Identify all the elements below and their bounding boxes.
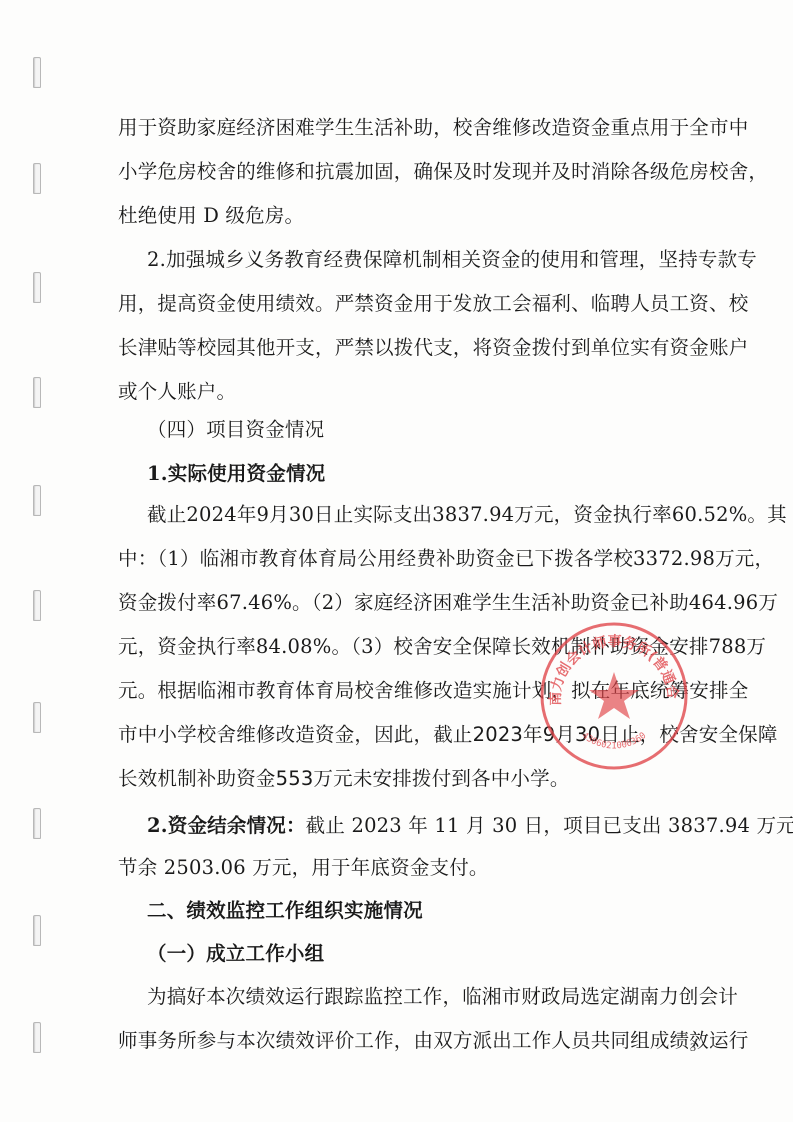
- section-heading: （四）项目资金情况: [147, 418, 324, 442]
- paragraph-line: 元。根据临湘市教育体育局校舍维修改造实施计划，拟在年底统筹安排全: [118, 679, 748, 703]
- paragraph-line: 截止2024年9月30日止实际支出3837.94万元，资金执行率60.52%。其: [147, 503, 787, 527]
- binding-hole: [33, 163, 41, 194]
- binding-hole: [33, 485, 41, 516]
- paragraph-line: 杜绝使用 D 级危房。: [118, 204, 304, 228]
- paragraph-line: 资金拨付率67.46%。（2）家庭经济困难学生生活补助资金已补助464.96万: [118, 591, 778, 615]
- balance-heading: 2.资金结余情况：: [147, 814, 306, 837]
- paragraph-line: 中：（1）临湘市教育体育局公用经费补助资金已下拨各学校3372.98万元，: [118, 547, 774, 571]
- paragraph-line: 师事务所参与本次绩效评价工作，由双方派出工作人员共同组成绩效运行: [118, 1029, 748, 1053]
- balance-text: 截止 2023 年 11 月 30 日，项目已支出 3837.94 万元，: [306, 814, 793, 837]
- binding-hole: [33, 808, 41, 839]
- binding-hole: [33, 1022, 41, 1053]
- binding-hole: [33, 57, 41, 88]
- paragraph-line: 2.加强城乡义务教育经费保障机制相关资金的使用和管理，坚持专款专: [147, 248, 757, 272]
- binding-hole: [33, 377, 41, 408]
- binding-hole: [33, 915, 41, 946]
- binding-hole: [33, 590, 41, 621]
- page-number: 3: [690, 1040, 696, 1055]
- paragraph-line: 小学危房校舍的维修和抗震加固，确保及时发现并及时消除各级危房校舍，: [118, 160, 768, 184]
- paragraph-line: 市中小学校舍维修改造资金，因此，截止2023年9月30日止，校舍安全保障: [118, 723, 778, 747]
- paragraph-line: 或个人账户。: [118, 380, 236, 404]
- section-heading: （一）成立工作小组: [147, 942, 324, 966]
- binding-hole: [33, 702, 41, 733]
- chapter-heading: 二、绩效监控工作组织实施情况: [147, 899, 423, 923]
- paragraph-line: 节余 2503.06 万元，用于年底资金支付。: [118, 856, 489, 880]
- paragraph-line: 用于资助家庭经济困难学生生活补助，校舍维修改造资金重点用于全市中: [118, 116, 748, 140]
- paragraph-line: 元，资金执行率84.08%。（3）校舍安全保障长效机制补助资金安排788万: [118, 635, 766, 659]
- paragraph-line: 2.资金结余情况：截止 2023 年 11 月 30 日，项目已支出 3837.…: [147, 814, 793, 838]
- paragraph-line: 长津贴等校园其他开支，严禁以拨代支，将资金拨付到单位实有资金账户: [118, 336, 748, 360]
- paragraph-line: 为搞好本次绩效运行跟踪监控工作，临湘市财政局选定湖南力创会计: [147, 985, 738, 1009]
- paragraph-line: 长效机制补助资金553万元未安排拨付到各中小学。: [118, 767, 570, 791]
- subsection-heading: 1.实际使用资金情况: [147, 462, 325, 486]
- paragraph-line: 用，提高资金使用绩效。严禁资金用于发放工会福利、临聘人员工资、校: [118, 292, 748, 316]
- binding-hole: [33, 272, 41, 303]
